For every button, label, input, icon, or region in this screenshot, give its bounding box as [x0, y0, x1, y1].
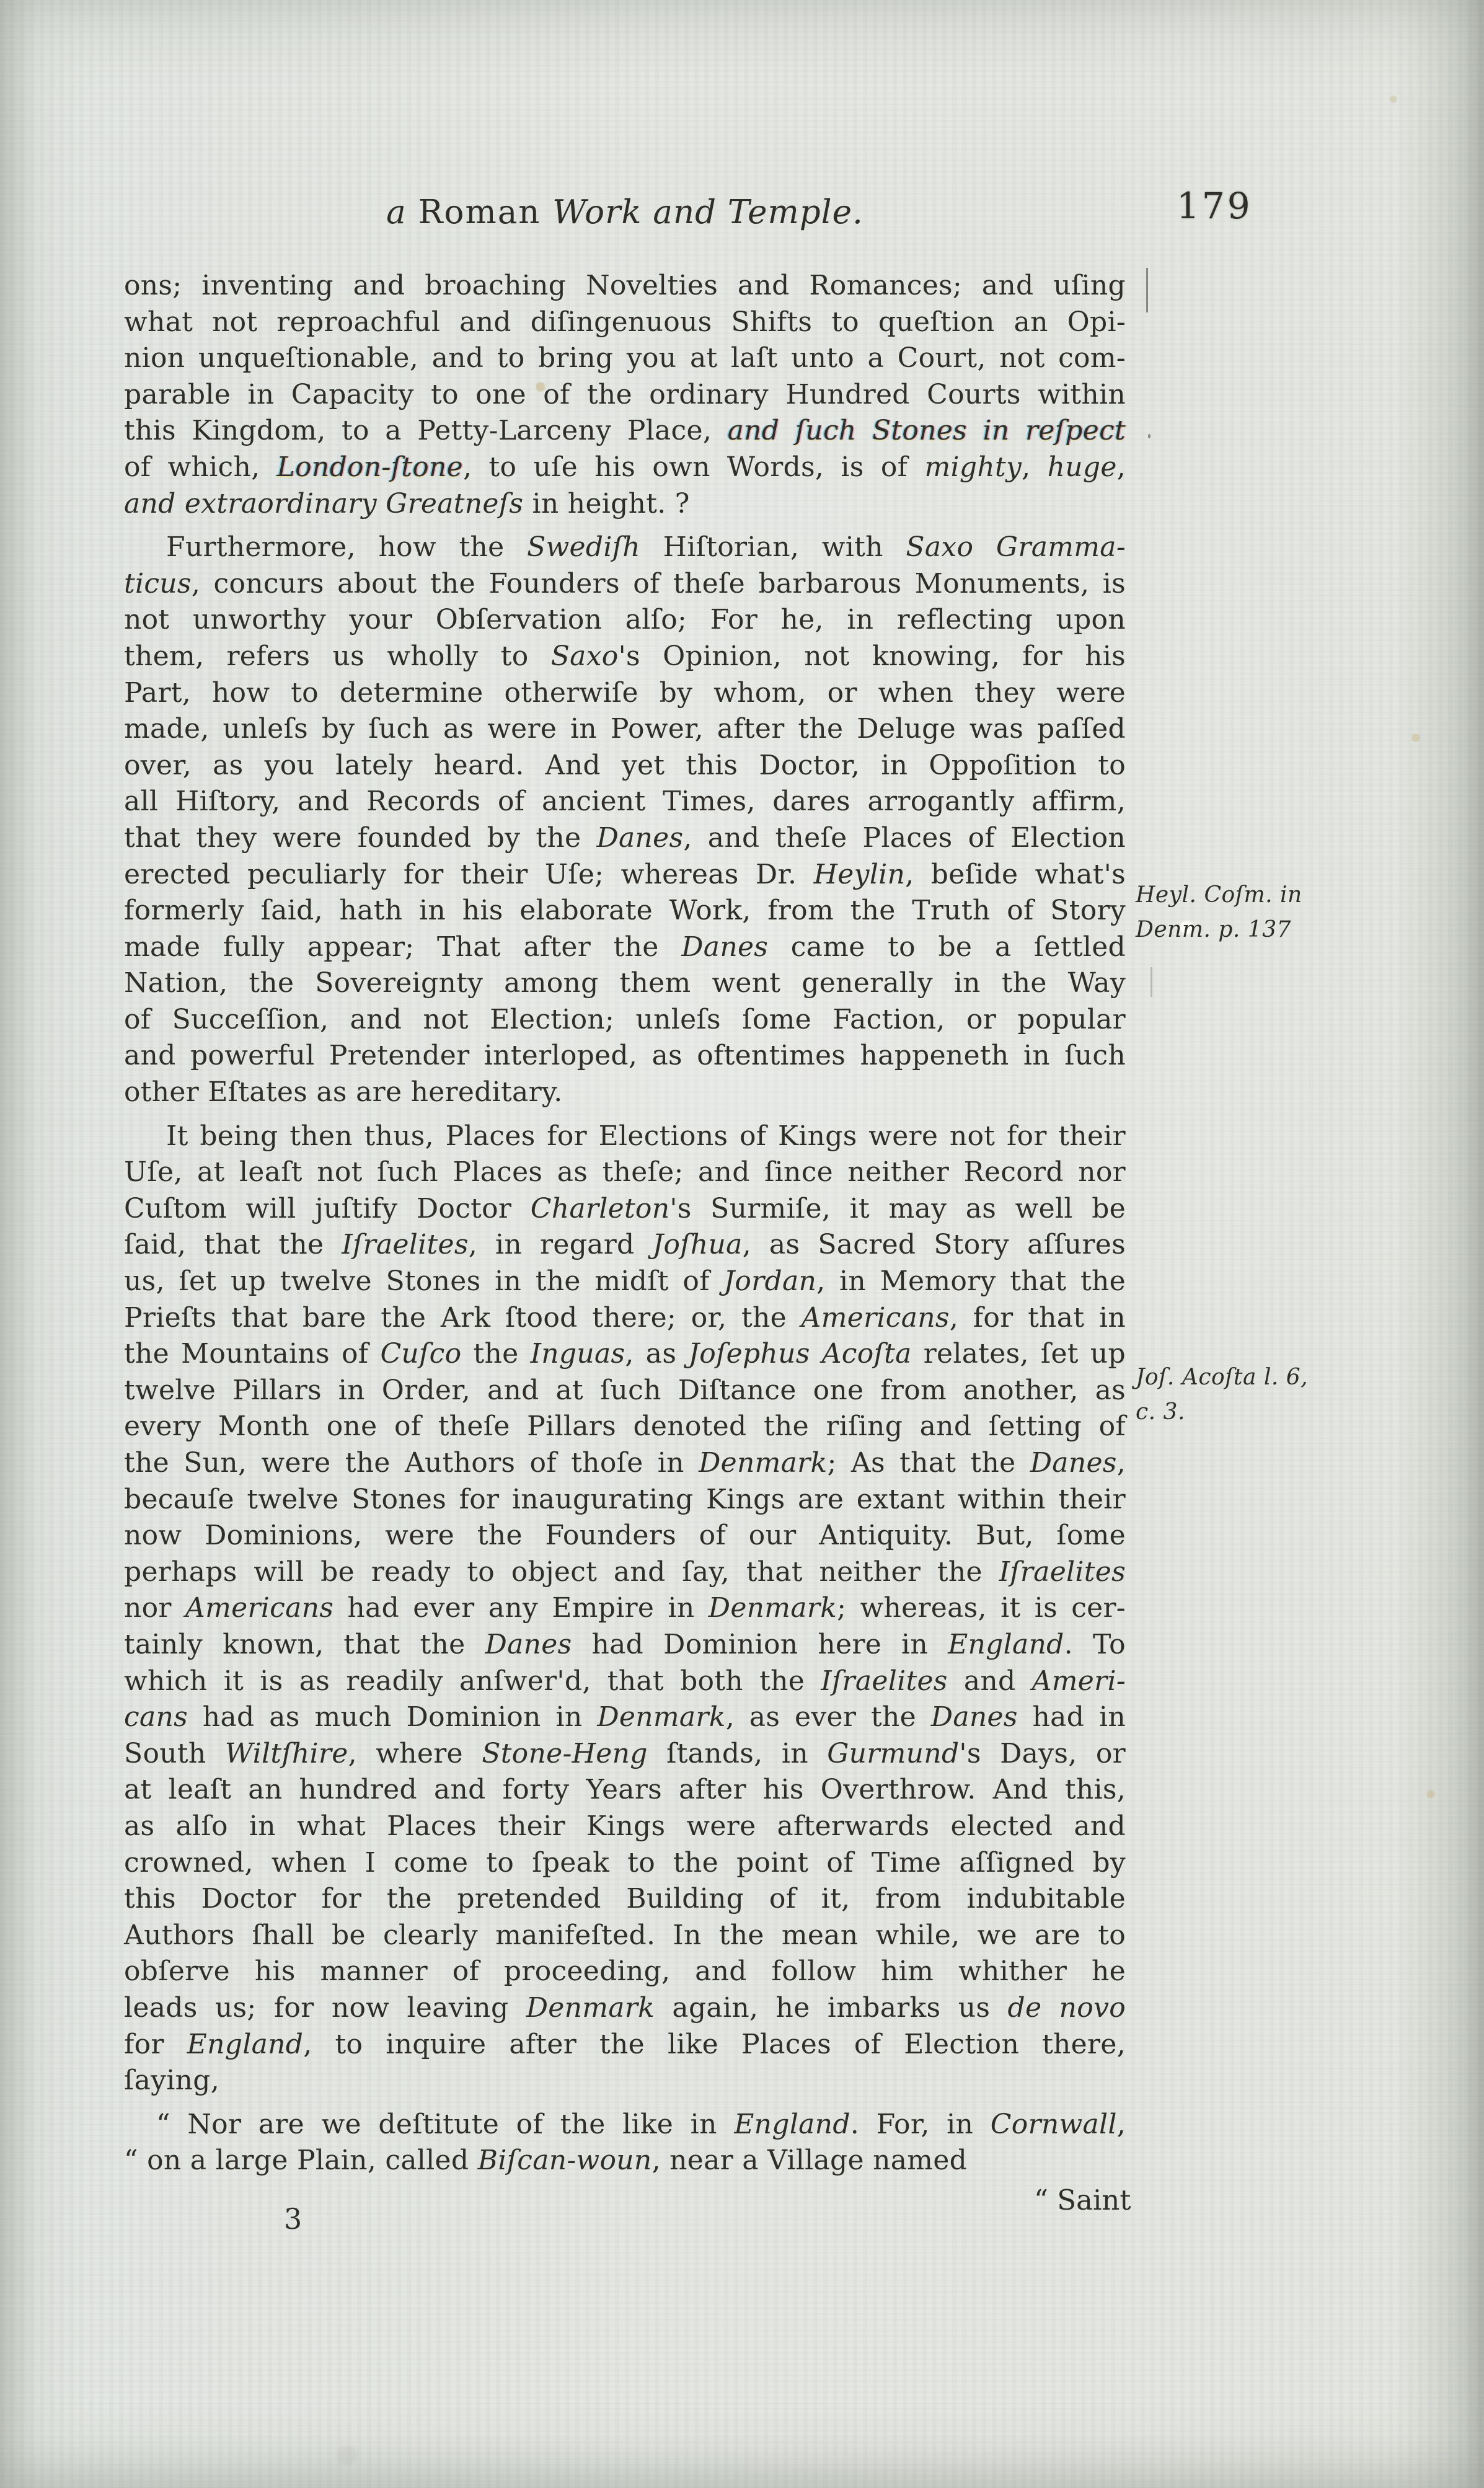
text-line: them, refers us wholly to Saxo's Opinion…: [124, 639, 1126, 675]
text-line: this Doctor for the pretended Building o…: [124, 1881, 1126, 1918]
text-line: It being then thus, Places for Elections…: [124, 1118, 1126, 1155]
text-line: that they were founded by the Danes, and…: [124, 820, 1126, 857]
text-line: other Eſtates as are hereditary.: [124, 1074, 1126, 1111]
paragraph: “ Nor are we deſtitute of the like in En…: [124, 2107, 1126, 2179]
text-line: Authors ſhall be clearly manifeſted. In …: [124, 1918, 1126, 1954]
margin-note-line: Heyl. Coſm. in: [1136, 878, 1302, 913]
text-line: Uſe, at leaſt not ſuch Places as theſe; …: [124, 1154, 1126, 1191]
text-line: obſerve his manner of proceeding, and fo…: [124, 1954, 1126, 1990]
text-line: “ Nor are we deſtitute of the like in En…: [124, 2107, 1126, 2143]
text-line: “ on a large Plain, called Biſcan-woun, …: [124, 2143, 1126, 2179]
text-line: ons; inventing and broaching Novelties a…: [124, 268, 1126, 304]
text-line: made, unleſs by ſuch as were in Power, a…: [124, 711, 1126, 748]
text-line: erected peculiarly for their Uſe; wherea…: [124, 857, 1126, 893]
paragraph: ons; inventing and broaching Novelties a…: [124, 268, 1126, 522]
running-head-title: a Roman Work and Temple.: [124, 193, 1126, 231]
text-line: which it is as readily anſwer'd, that bo…: [124, 1663, 1126, 1700]
scan-artifact-line: [1151, 967, 1152, 997]
text-line: ticus, concurs about the Founders of the…: [124, 566, 1126, 603]
text-line: as alſo in what Places their Kings were …: [124, 1808, 1126, 1845]
text-line: tainly known, that the Danes had Dominio…: [124, 1627, 1126, 1663]
text-line: over, as you lately heard. And yet this …: [124, 748, 1126, 784]
text-line: leads us; for now leaving Denmark again,…: [124, 1990, 1126, 2027]
text-line: parable in Capacity to one of the ordina…: [124, 377, 1126, 414]
margin-note-line: Denm. p. 137: [1136, 913, 1302, 947]
margin-note-line: Joſ. Acoſta l. 6,: [1136, 1360, 1308, 1395]
book-page-scan: a Roman Work and Temple. 179 ons; invent…: [0, 0, 1484, 2488]
margin-note-line: c. 3.: [1136, 1395, 1308, 1430]
text-line: of Succeſſion, and not Election; unleſs …: [124, 1002, 1126, 1038]
text-line: every Month one of theſe Pillars denoted…: [124, 1409, 1126, 1445]
text-line: ſaying,: [124, 2063, 1126, 2099]
text-line: what not reproachful and diſingenuous Sh…: [124, 304, 1126, 341]
text-line: and powerful Pretender interloped, as of…: [124, 1038, 1126, 1074]
text-line: this Kingdom, to a Petty-Larceny Place, …: [124, 413, 1126, 449]
text-line: and extraordinary Greatneſs in height. ?: [124, 486, 1126, 523]
text-line: Cuſtom will juſtify Doctor Charleton's S…: [124, 1191, 1126, 1228]
text-line: Prieſts that bare the Ark ſtood there; o…: [124, 1300, 1126, 1337]
text-line: Furthermore, how the Swediſh Hiſtorian, …: [124, 529, 1126, 566]
margin-note: Joſ. Acoſta l. 6,c. 3.: [1136, 1360, 1308, 1430]
text-line: of which, London-ſtone, to uſe his own W…: [124, 449, 1126, 486]
text-line: perhaps will be ready to object and ſay,…: [124, 1554, 1126, 1591]
text-line: South Wiltſhire, where Stone-Heng ſtands…: [124, 1736, 1126, 1773]
text-line: at leaſt an hundred and forty Years afte…: [124, 1772, 1126, 1808]
text-line: us, ſet up twelve Stones in the midſt of…: [124, 1264, 1126, 1300]
text-line: made fully appear; That after the Danes …: [124, 929, 1126, 966]
margin-note: Heyl. Coſm. inDenm. p. 137: [1136, 878, 1302, 947]
text-line: Part, how to determine otherwiſe by whom…: [124, 675, 1126, 712]
text-line: becauſe twelve Stones for inaugurating K…: [124, 1482, 1126, 1518]
paragraph: Furthermore, how the Swediſh Hiſtorian, …: [124, 529, 1126, 1111]
signature-mark: 3: [284, 2202, 302, 2236]
scan-artifact-line: [1146, 268, 1148, 312]
scan-artifact-dot: [1148, 434, 1151, 438]
text-line: nion unqueſtionable, and to bring you at…: [124, 340, 1126, 377]
text-line: not unworthy your Obſervation alſo; For …: [124, 602, 1126, 639]
paragraph: It being then thus, Places for Elections…: [124, 1118, 1126, 2099]
text-line: the Mountains of Cuſco the Inguas, as Jo…: [124, 1336, 1126, 1373]
text-line: crowned, when I come to ſpeak to the poi…: [124, 1845, 1126, 1882]
catchword: “ Saint: [1034, 2184, 1131, 2216]
page-number: 179: [1177, 185, 1253, 227]
text-line: formerly ſaid, hath in his elaborate Wor…: [124, 893, 1126, 929]
text-line: ſaid, that the Iſraelites, in regard Joſ…: [124, 1227, 1126, 1264]
text-line: for England, to inquire after the like P…: [124, 2027, 1126, 2063]
text-line: twelve Pillars in Order, and at ſuch Diſ…: [124, 1373, 1126, 1409]
text-body: ons; inventing and broaching Novelties a…: [124, 268, 1126, 2179]
text-line: now Dominions, were the Founders of our …: [124, 1518, 1126, 1554]
text-line: Nation, the Sovereignty among them went …: [124, 965, 1126, 1002]
text-line: cans had as much Dominion in Denmark, as…: [124, 1699, 1126, 1736]
text-line: all Hiſtory, and Records of ancient Time…: [124, 784, 1126, 820]
text-line: nor Americans had ever any Empire in Den…: [124, 1590, 1126, 1627]
text-line: the Sun, were the Authors of thoſe in De…: [124, 1445, 1126, 1482]
